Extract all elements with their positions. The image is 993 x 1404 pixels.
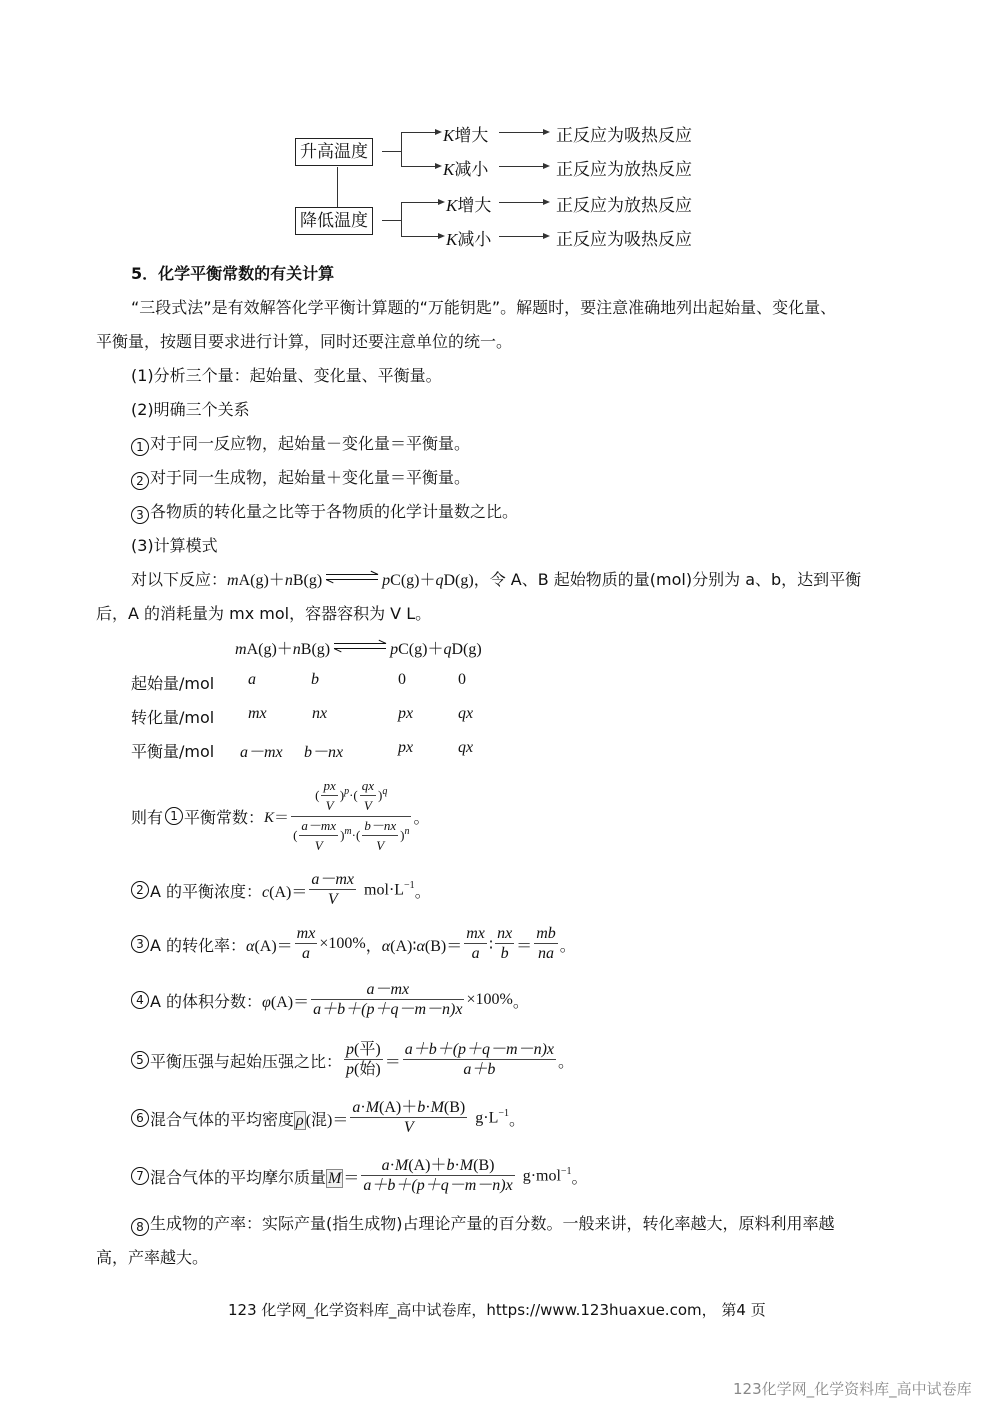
intro-paragraph-line2: 平衡量，按题目要求进行计算，同时还要注意单位的统一。 [96,329,512,352]
table-cell: a [248,671,256,689]
formula-equilibrium-concentration: 2A 的平衡浓度： c(A)＝ a－mxV mol·L−1。 [131,868,431,912]
arrow-icon [543,129,550,135]
circled-number-icon: 3 [131,506,149,524]
result-label: 正反应为放热反应 [556,155,692,180]
formula-average-molar-mass: 7混合气体的平均摩尔质量 M＝ a·M(A)＋b·M(B)a＋b＋(p＋q－m－… [131,1151,588,1201]
connector-line [499,132,544,133]
circled-number-icon: 4 [131,991,149,1009]
connector-line [401,202,402,237]
table-cell: qx [458,739,473,757]
circled-number-icon: 3 [131,935,149,953]
equilibrium-arrow-icon [326,571,378,583]
circled-number-icon: 6 [131,1109,149,1127]
arrow-icon [435,129,442,135]
yield-paragraph-line1: 8生成物的产率：实际产量(指生成物)占理论产量的百分数。一般来讲，转化率越大，原… [131,1211,835,1236]
k-change-label: K减小 [443,155,488,180]
table-row: 平衡量/mol [131,739,214,762]
connector-line [401,132,402,167]
point-2: (2)明确三个关系 [131,397,250,420]
point-3: (3)计算模式 [131,533,218,556]
circled-number-icon: 5 [131,1051,149,1069]
arrow-icon [543,199,550,205]
circled-number-icon: 2 [131,881,149,899]
page-footer: 123 化学网_化学资料库_高中试卷库，https://www.123huaxu… [228,1299,766,1320]
point-1: (1)分析三个量：起始量、变化量、平衡量。 [131,363,442,386]
table-cell: 0 [398,671,406,689]
arrow-icon [435,163,442,169]
circled-number-icon: 2 [131,472,149,490]
k-change-label: K增大 [446,191,491,216]
section-heading: 5．化学平衡常数的有关计算 [131,261,334,284]
table-cell: b [311,671,319,689]
relation-2: 2对于同一生成物，起始量＋变化量＝平衡量。 [131,465,470,490]
table-cell: b－nx [304,739,343,762]
table-row: 转化量/mol [131,705,214,728]
raise-temp-box: 升高温度 [295,138,373,166]
circled-number-icon: 1 [131,438,149,456]
table-cell: a－mx [240,739,283,762]
lower-temp-box: 降低温度 [295,207,373,235]
formula-equilibrium-constant: 则有1平衡常数： K＝ (pxV)p·(qxV)q (a－mxV)m·(b－nx… [131,776,429,856]
connector-line [401,236,439,237]
arrow-icon [543,233,550,239]
formula-volume-fraction: 4A 的体积分数： φ(A)＝ a－mxa＋b＋(p＋q－m－n)x×100%。 [131,978,529,1022]
k-change-label: K减小 [446,225,491,250]
relation-1: 1对于同一反应物，起始量－变化量＝平衡量。 [131,431,470,456]
formula-average-density: 6混合气体的平均密度 ρ(混)＝ a·M(A)＋b·M(B)V g·L−1。 [131,1094,525,1142]
table-cell: mx [248,705,267,723]
reaction-equation-header: mA(g)＋nB(g)pC(g)＋qD(g) [235,636,482,659]
table-cell: 0 [458,671,466,689]
connector-line [401,202,439,203]
table-row: 起始量/mol [131,671,214,694]
relation-3: 3各物质的转化量之比等于各物质的化学计量数之比。 [131,499,518,524]
equilibrium-arrow-icon [334,640,386,652]
circled-number-icon: 8 [131,1218,149,1236]
table-cell: qx [458,705,473,723]
connector-line [337,167,338,207]
watermark: 123化学网_化学资料库_高中试卷库 [733,1378,972,1399]
table-cell: nx [312,705,327,723]
circled-number-icon: 7 [131,1167,149,1185]
result-label: 正反应为放热反应 [556,191,692,216]
k-change-label: K增大 [443,121,488,146]
connector-line [382,151,402,152]
connector-line [499,202,544,203]
arrow-icon [438,233,445,239]
table-cell: px [398,705,413,723]
result-label: 正反应为吸热反应 [556,121,692,146]
arrow-icon [543,163,550,169]
connector-line [499,166,544,167]
arrow-icon [438,199,445,205]
reaction-intro-line2: 后，A 的消耗量为 mx mol，容器容积为 V L。 [96,601,431,624]
reaction-intro-line1: 对以下反应：mA(g)＋nB(g)pC(g)＋qD(g)，令 A、B 起始物质的… [131,567,861,590]
connector-line [499,236,544,237]
connector-line [401,132,436,133]
result-label: 正反应为吸热反应 [556,225,692,250]
circled-number-icon: 1 [165,807,183,825]
reaction-equation: mA(g)＋nB(g)pC(g)＋qD(g) [227,572,474,589]
yield-paragraph-line2: 高，产率越大。 [96,1245,208,1268]
connector-line [401,166,436,167]
formula-conversion-rate: 3A 的转化率： α(A)＝ mxa ×100%， α(A)∶α(B)＝ mxa… [131,922,576,966]
connector-line [382,220,402,221]
formula-pressure-ratio: 5平衡压强与起始压强之比： p(平)p(始) ＝ a＋b＋(p＋q－m－n)xa… [131,1036,574,1084]
table-cell: px [398,739,413,757]
intro-paragraph-line1: “三段式法”是有效解答化学平衡计算题的“万能钥匙”。解题时，要注意准确地列出起始… [131,295,836,318]
